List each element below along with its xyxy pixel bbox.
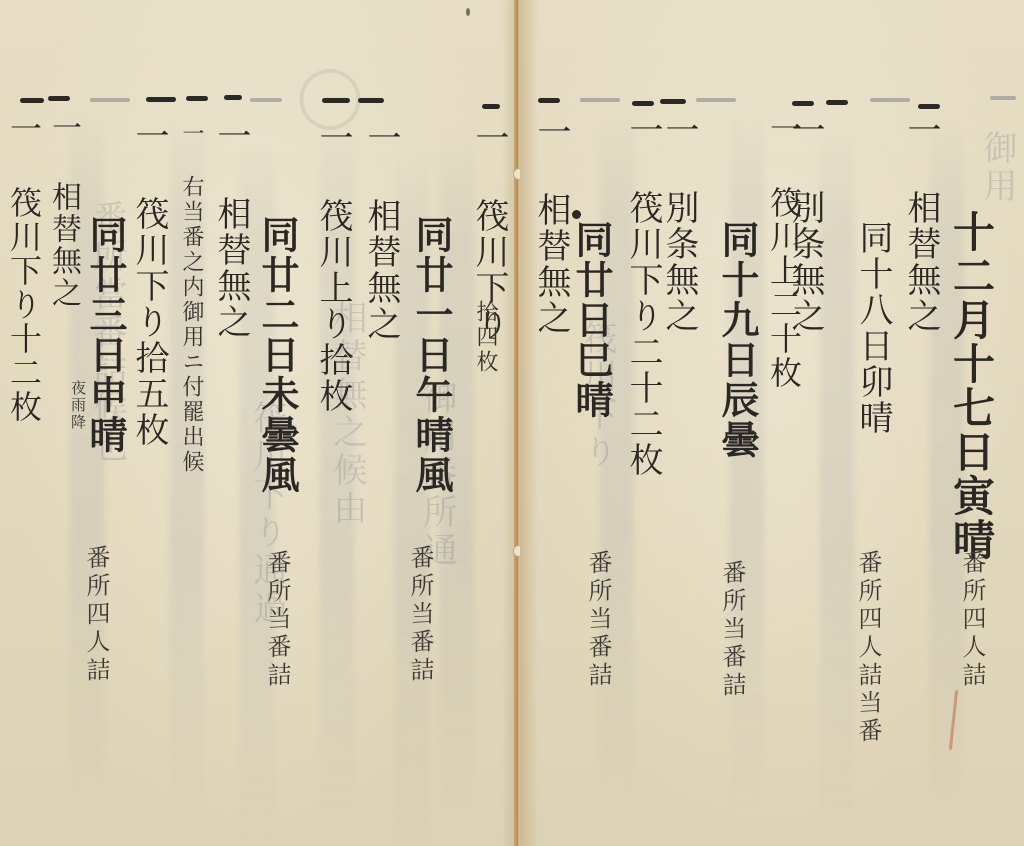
bullet-mark xyxy=(146,97,176,102)
bullet-mark xyxy=(48,96,70,101)
ink-speck xyxy=(466,8,470,16)
signature: 番所四人詰 xyxy=(960,549,984,690)
bullet-mark xyxy=(358,98,384,103)
signature: 番所当番詰 xyxy=(720,559,744,700)
entry-column: 一 筏川上り拾枚 xyxy=(316,120,350,414)
entry-column: 一 筏川下り拾五枚 xyxy=(132,118,166,448)
date-heading: 同廿二日未曇風 xyxy=(258,215,296,495)
book-spread: 番所當番詰候也 筏川下り通過 相替無之候由 御用番所通 ◯ 一 筏川下り 拾四枚… xyxy=(0,0,1024,846)
entry-column: 一 筏川下り二十二枚 xyxy=(626,112,660,478)
bullet-mark-faint xyxy=(580,98,620,102)
bullet-mark xyxy=(224,95,242,100)
bullet-mark xyxy=(632,101,654,106)
date-heading: 同十九日辰曇 xyxy=(718,220,756,460)
bullet-mark-faint xyxy=(250,98,282,102)
bleed-through xyxy=(730,110,764,810)
date-heading: 十二月十七日寅晴 xyxy=(950,210,992,562)
bullet-mark-faint xyxy=(870,98,910,102)
signature: 番所四人詰 xyxy=(84,544,108,685)
signature: 番所四人詰当番 xyxy=(856,549,880,746)
bullet-mark-faint xyxy=(696,98,736,102)
entry-column-tail: 拾四枚 xyxy=(474,300,496,375)
bullet-mark xyxy=(186,96,208,101)
right-page: 筏川下り 御用 十二月十七日寅晴 一 相替無之 同十八日卯晴 一 別条無之 一 … xyxy=(520,0,1024,846)
signature: 番所当番詰 xyxy=(265,549,289,690)
bullet-mark xyxy=(792,101,814,106)
entry-column: 一 別条無之 xyxy=(662,112,696,334)
bullet-mark xyxy=(538,98,560,103)
bleed-through xyxy=(820,130,854,830)
date-heading: 同廿日巳晴 xyxy=(572,220,610,420)
bleed-through-text: 御用 xyxy=(980,130,1014,206)
date-heading: 同十八日卯晴 xyxy=(856,220,890,436)
date-heading: 同廿三日申晴 xyxy=(86,215,124,455)
weather-note: 夜雨降 xyxy=(70,380,85,431)
entry-column: 一 相替無之 xyxy=(48,112,78,309)
note-column: 一 右当番之内御用ニ付罷出候 xyxy=(180,122,202,475)
entry-column: 一 相替無之 xyxy=(534,114,568,336)
ink-dot xyxy=(572,210,581,219)
left-page: 番所當番詰候也 筏川下り通過 相替無之候由 御用番所通 ◯ 一 筏川下り 拾四枚… xyxy=(0,0,516,846)
bullet-mark-faint xyxy=(90,98,130,102)
bullet-mark xyxy=(660,99,686,104)
signature: 番所当番詰 xyxy=(586,549,610,690)
signature: 番所当番詰 xyxy=(408,544,432,685)
entry-column: 一 筏川上二十枚 xyxy=(768,112,800,390)
entry-column: 一 相替無之 xyxy=(214,118,248,340)
entry-column: 一 相替無之 xyxy=(904,112,938,334)
bullet-mark xyxy=(322,98,350,103)
bullet-mark xyxy=(826,100,848,105)
bullet-mark xyxy=(20,98,44,103)
bullet-mark-faint xyxy=(990,96,1016,100)
bullet-mark xyxy=(918,104,940,109)
date-heading: 同廿一日午晴風 xyxy=(412,215,450,495)
entry-column: 一 相替無之 xyxy=(364,120,398,342)
entry-column: 一 筏川下り十二枚 xyxy=(8,112,40,424)
bullet-mark xyxy=(482,104,500,109)
